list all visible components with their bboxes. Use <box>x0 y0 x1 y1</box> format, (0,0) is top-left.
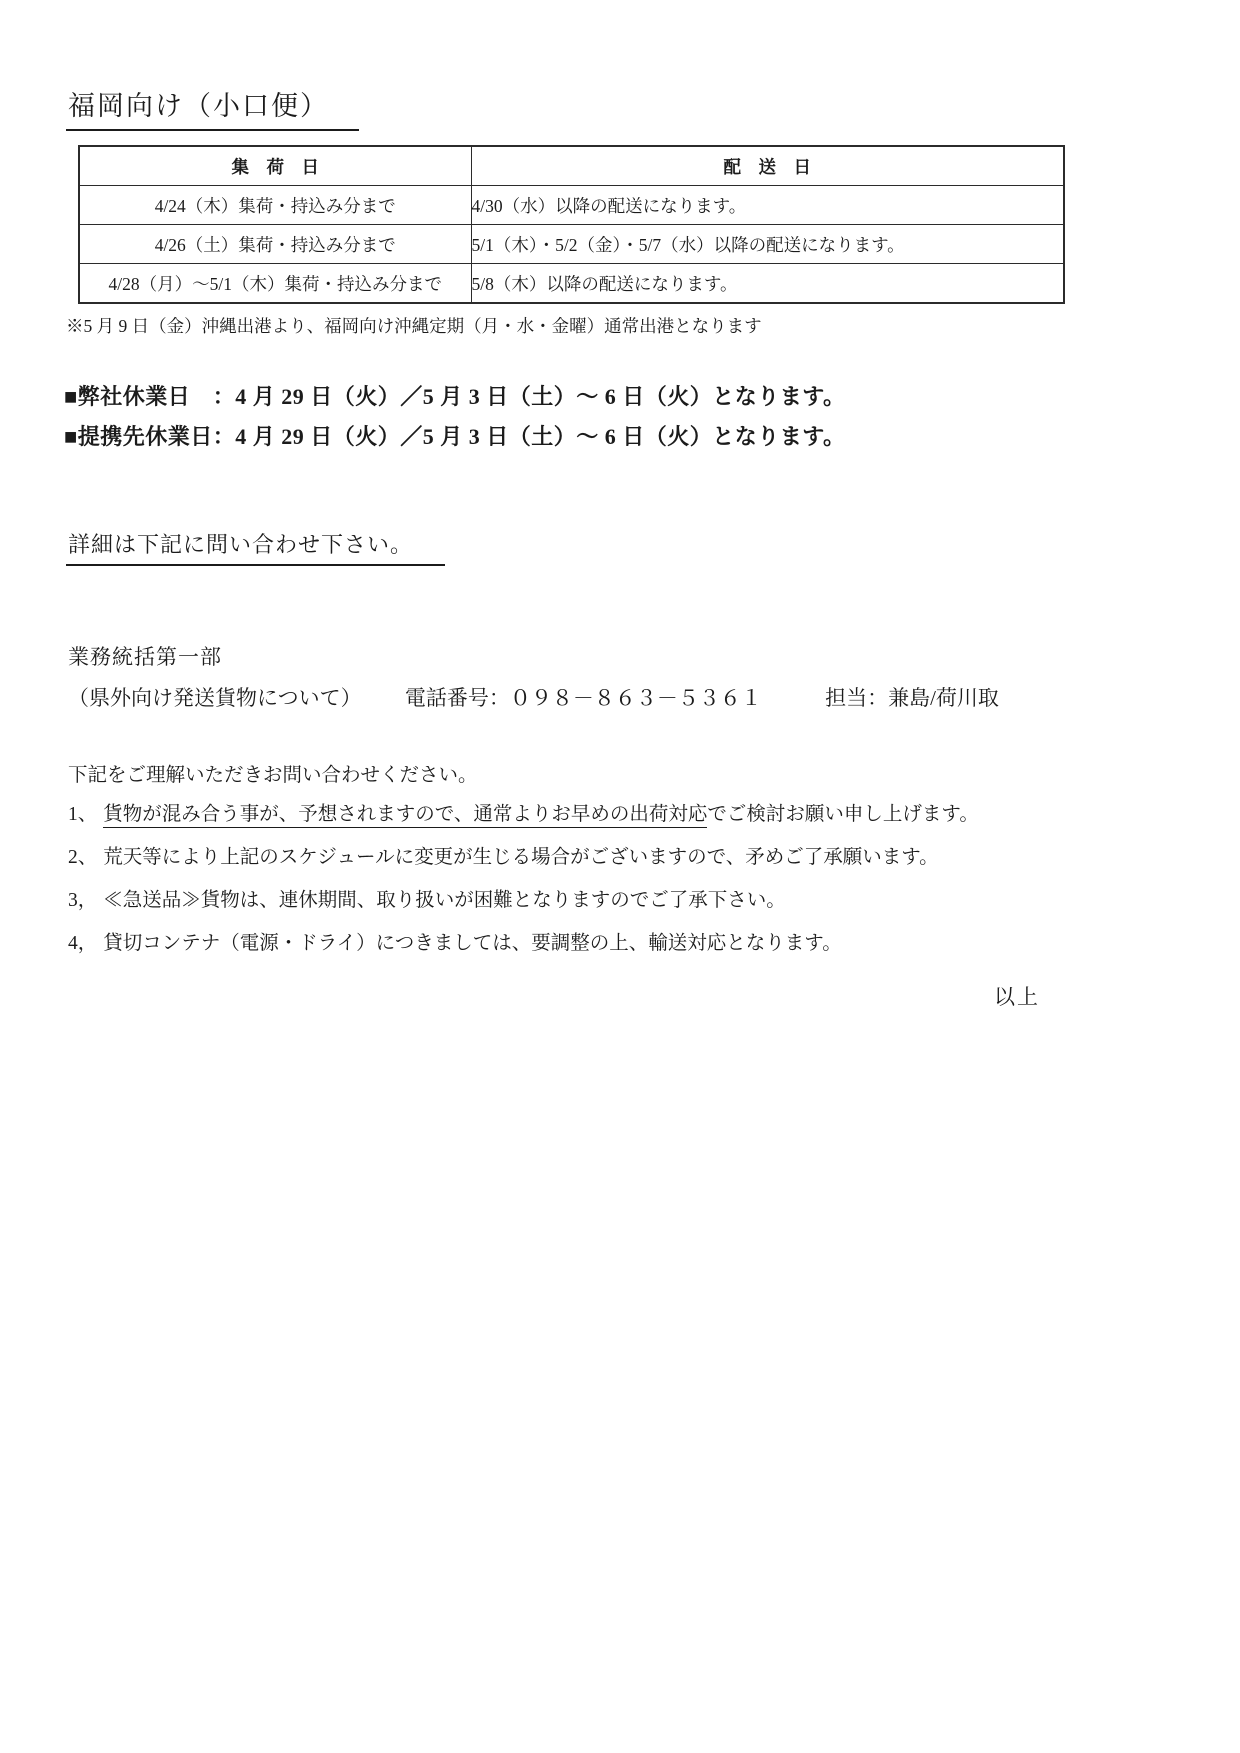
inquiry-prompt: 詳細は下記に問い合わせ下さい。 <box>66 528 445 566</box>
header-pickup-date: 集 荷 日 <box>79 146 471 186</box>
note-item-3: 3，≪急送品≫貨物は、連休期間、取り扱いが困難となりますのでご了承下さい。 <box>68 885 1078 916</box>
table-row: 4/26（土）集荷・持込み分まで 5/1（木）・5/2（金）・5/7（水）以降の… <box>79 225 1064 264</box>
note-item-2: 2、荒天等により上記のスケジュールに変更が生じる場合がございますので、矛めご了承… <box>68 842 1078 873</box>
note-number: 1、 <box>68 804 97 825</box>
closing-remark: 以上 <box>0 981 1065 1011</box>
document-page: 福岡向け（小口便） 集 荷 日 配 送 日 4/24（木）集荷・持込み分まで 4… <box>0 0 1240 1753</box>
notes-list: 1、貨物が混み合う事が、予想されますので、通常よりお早めの出荷対応でご検討お願い… <box>68 799 1078 971</box>
note-item-1: 1、貨物が混み合う事が、予想されますので、通常よりお早めの出荷対応でご検討お願い… <box>68 799 1078 830</box>
table-header-row: 集 荷 日 配 送 日 <box>79 146 1064 186</box>
contact-phone-number: 電話番号：０９８－８６３－５３６１ <box>405 686 762 710</box>
table-row: 4/24（木）集荷・持込み分まで 4/30（水）以降の配送になります。 <box>79 186 1064 225</box>
pickup-date-cell: 4/28（月）～5/1（木）集荷・持込み分まで <box>79 264 471 304</box>
delivery-date-cell: 4/30（水）以降の配送になります。 <box>471 186 1064 225</box>
contact-line: （県外向け発送貨物について） 電話番号：０９８－８６３－５３６１ 担当：兼島/荷… <box>68 682 999 712</box>
note-text: でご検討お願い申し上げます。 <box>707 804 978 825</box>
note-text: ≪急送品≫貨物は、連休期間、取り扱いが困難となりますのでご了承下さい。 <box>103 890 786 911</box>
note-text: 荒天等により上記のスケジュールに変更が生じる場合がございますので、矛めご了承願い… <box>103 847 938 868</box>
pickup-date-cell: 4/24（木）集荷・持込み分まで <box>79 186 471 225</box>
partner-holiday-notice: ■提携先休業日：4 月 29 日（火）／5 月 3 日（土）～ 6 日（火）とな… <box>64 420 846 451</box>
note-item-4: 4，貸切コンテナ（電源・ドライ）につきましては、要調整の上、輸送対応となります。 <box>68 928 1078 959</box>
company-holiday-notice: ■弊社休業日 ：4 月 29 日（火）／5 月 3 日（土）～ 6 日（火）とな… <box>64 380 846 411</box>
contact-scope: （県外向け発送貨物について） <box>68 686 362 710</box>
schedule-footnote: ※5 月 9 日（金）沖縄出港より、福岡向け沖縄定期（月・水・金曜）通常出港とな… <box>66 313 762 338</box>
table-row: 4/28（月）～5/1（木）集荷・持込み分まで 5/8（木）以降の配送になります… <box>79 264 1064 304</box>
delivery-date-cell: 5/8（木）以降の配送になります。 <box>471 264 1064 304</box>
delivery-date-cell: 5/1（木）・5/2（金）・5/7（水）以降の配送になります。 <box>471 225 1064 264</box>
header-delivery-date: 配 送 日 <box>471 146 1064 186</box>
notes-intro: 下記をご理解いただきお問い合わせください。 <box>68 759 478 787</box>
shipping-schedule-table: 集 荷 日 配 送 日 4/24（木）集荷・持込み分まで 4/30（水）以降の配… <box>78 145 1065 304</box>
pickup-date-cell: 4/26（土）集荷・持込み分まで <box>79 225 471 264</box>
department-name: 業務統括第一部 <box>68 641 222 671</box>
note-underlined-text: 貨物が混み合う事が、予想されますので、通常よりお早めの出荷対応 <box>103 804 707 828</box>
document-title: 福岡向け（小口便） <box>66 84 359 131</box>
note-number: 2、 <box>68 847 97 868</box>
note-number: 4， <box>68 933 97 954</box>
contact-staff: 担当：兼島/荷川取 <box>825 686 999 710</box>
note-number: 3， <box>68 890 97 911</box>
note-text: 貸切コンテナ（電源・ドライ）につきましては、要調整の上、輸送対応となります。 <box>103 933 841 954</box>
